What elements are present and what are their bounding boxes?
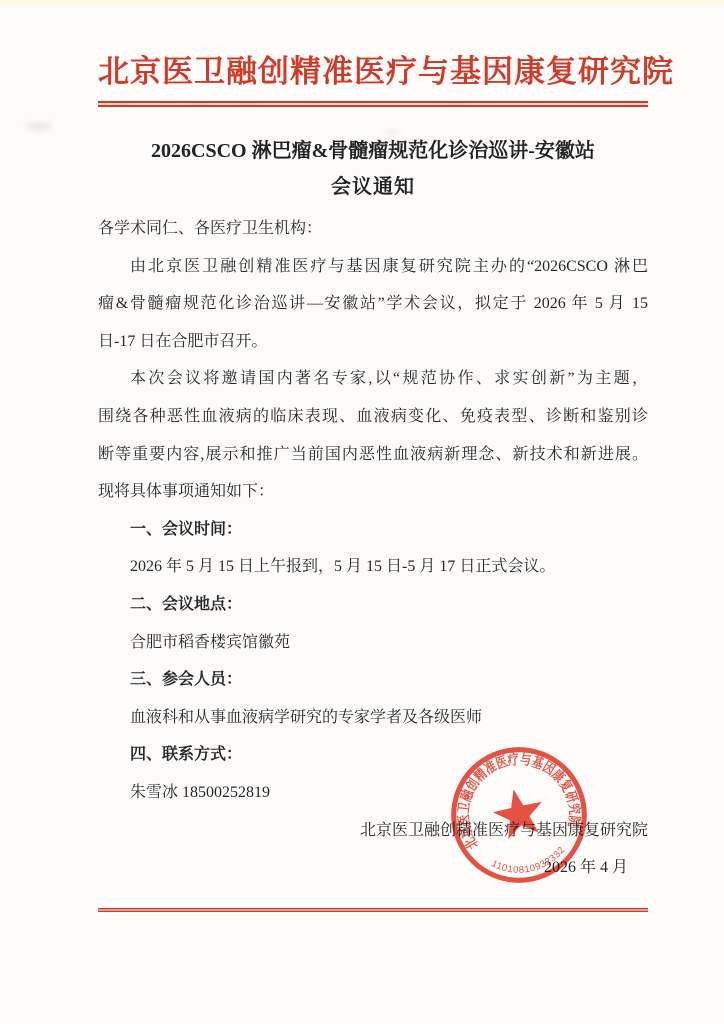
paragraph-line: 由北京医卫融创精准医疗与基因康复研究院主办的“2026CSCO 淋巴 xyxy=(98,248,648,286)
paragraph-line: 围绕各种恶性血液病的临床表现、血液病变化、免疫表型、诊断和鉴别诊 xyxy=(98,398,648,436)
greeting-line: 各学术同仁、各医疗卫生机构： xyxy=(98,210,648,248)
scanned-document-page: 北京医卫融创精准医疗与基因康复研究院 2026CSCO 淋巴瘤&骨髓瘤规范化诊治… xyxy=(0,0,724,1024)
paragraph-line: 日-17 日在合肥市召开。 xyxy=(98,323,648,361)
section-body-line: 合肥市稻香楼宾馆徽苑 xyxy=(98,624,648,662)
letterhead-divider-line xyxy=(98,101,648,107)
section-heading: 二、会议地点： xyxy=(98,586,648,624)
letterhead-org-name: 北京医卫融创精准医疗与基因康复研究院 xyxy=(98,46,648,91)
paragraph-line: 瘤&骨髓瘤规范化诊治巡讲—安徽站”学术会议，拟定于 2026 年 5 月 15 xyxy=(98,285,648,323)
scan-artifact xyxy=(0,0,724,9)
seal-graphic: 北京医卫融创精准医疗与基因康复研究院 11010810932332 xyxy=(423,719,615,911)
official-seal-stamp: 北京医卫融创精准医疗与基因康复研究院 11010810932332 xyxy=(423,719,615,911)
paragraph-line: 现将具体事项通知如下： xyxy=(98,473,648,511)
star-icon xyxy=(489,784,548,841)
paragraph-line: 本次会议将邀请国内著名专家,以“规范协作、求实创新”为主题， xyxy=(98,360,648,398)
document-subtitle: 会议通知 xyxy=(98,170,648,199)
document-title: 2026CSCO 淋巴瘤&骨髓瘤规范化诊治巡讲-安徽站 xyxy=(98,134,648,163)
paragraph-line: 断等重要内容,展示和推广当前国内恶性血液病新理念、新技术和新进展。 xyxy=(98,436,648,474)
section-heading: 一、会议时间： xyxy=(98,511,648,549)
footer-divider-line xyxy=(98,908,648,912)
section-body-line: 2026 年 5 月 15 日上午报到，5 月 15 日-5 月 17 日正式会… xyxy=(98,548,648,586)
section-heading: 三、参会人员： xyxy=(98,661,648,699)
scan-artifact xyxy=(26,121,52,131)
